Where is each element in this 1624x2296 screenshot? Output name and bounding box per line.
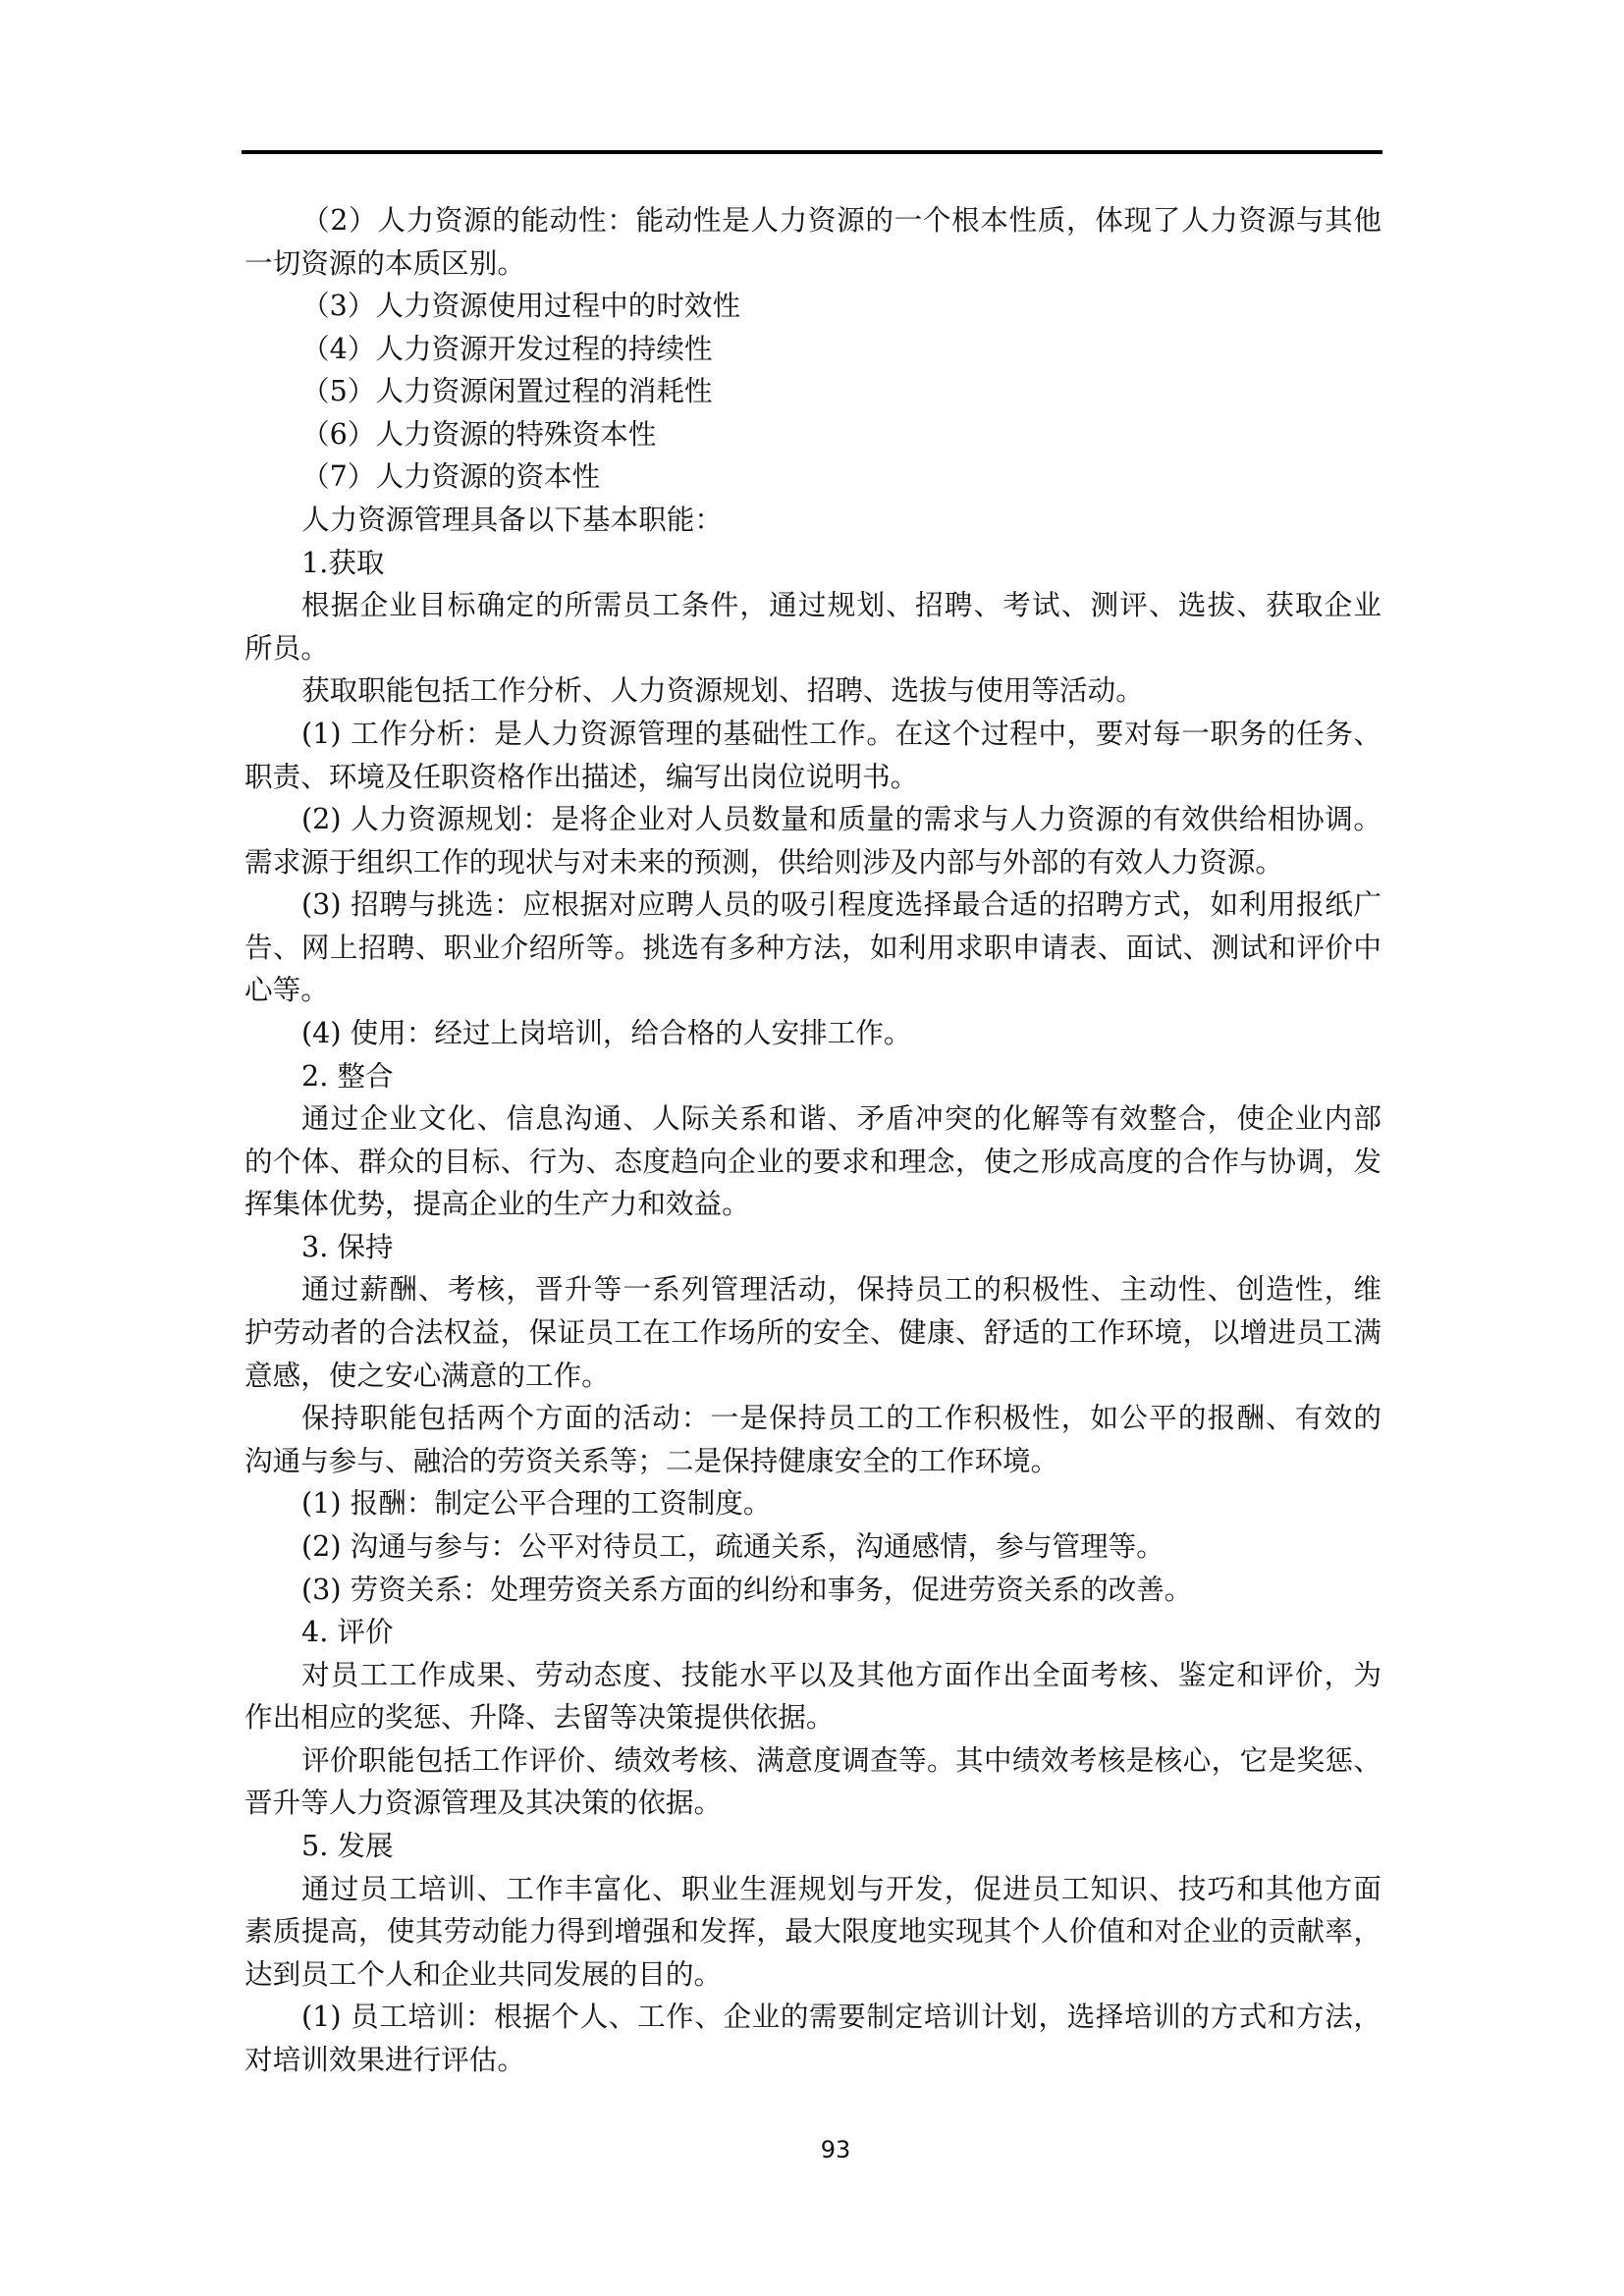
document-page: （2）人力资源的能动性：能动性是人力资源的一个根本性质，体现了人力资源与其他 一… bbox=[0, 0, 1624, 2296]
paragraph-line: 保持职能包括两个方面的活动：一是保持员工的工作积极性，如公平的报酬、有效的 bbox=[244, 1397, 1381, 1440]
paragraph-line: 评价职能包括工作评价、绩效考核、满意度调查等。其中绩效考核是核心，它是奖惩、 bbox=[244, 1739, 1381, 1783]
paragraph-line: 所员。 bbox=[244, 627, 1381, 670]
body-text: （2）人力资源的能动性：能动性是人力资源的一个根本性质，体现了人力资源与其他 一… bbox=[244, 199, 1381, 2081]
paragraph-line: 根据企业目标确定的所需员工条件，通过规划、招聘、考试、测评、选拔、获取企业 bbox=[244, 584, 1381, 627]
paragraph-line: 挥集体优势，提高企业的生产力和效益。 bbox=[244, 1183, 1381, 1226]
list-item: （6）人力资源的特殊资本性 bbox=[244, 413, 1381, 456]
list-item: (2) 沟通与参与：公平对待员工，疏通关系，沟通感情，参与管理等。 bbox=[244, 1525, 1381, 1569]
paragraph-line: 对员工工作成果、劳动态度、技能水平以及其他方面作出全面考核、鉴定和评价，为 bbox=[244, 1654, 1381, 1697]
paragraph-line: 需求源于组织工作的现状与对未来的预测，供给则涉及内部与外部的有效人力资源。 bbox=[244, 841, 1381, 884]
section-heading-acquire: 1.获取 bbox=[244, 542, 1381, 585]
paragraph-line: 一切资源的本质区别。 bbox=[244, 242, 1381, 286]
paragraph-line: 沟通与参与、融洽的劳资关系等；二是保持健康安全的工作环境。 bbox=[244, 1440, 1381, 1483]
section-heading-develop: 5. 发展 bbox=[244, 1825, 1381, 1868]
paragraph-line: (4) 使用：经过上岗培训，给合格的人安排工作。 bbox=[244, 1012, 1381, 1055]
paragraph-line: 护劳动者的合法权益，保证员工在工作场所的安全、健康、舒适的工作环境，以增进员工满 bbox=[244, 1311, 1381, 1355]
paragraph-line: 的个体、群众的目标、行为、态度趋向企业的要求和理念，使之形成高度的合作与协调，发 bbox=[244, 1141, 1381, 1184]
list-item: (1) 报酬：制定公平合理的工资制度。 bbox=[244, 1482, 1381, 1525]
paragraph-line: 意感，使之安心满意的工作。 bbox=[244, 1355, 1381, 1398]
paragraph-line: 晋升等人力资源管理及其决策的依据。 bbox=[244, 1782, 1381, 1825]
section-heading-integrate: 2. 整合 bbox=[244, 1055, 1381, 1098]
paragraph-line: 对培训效果进行评估。 bbox=[244, 2039, 1381, 2082]
section-heading-evaluate: 4. 评价 bbox=[244, 1611, 1381, 1654]
list-item: （5）人力资源闲置过程的消耗性 bbox=[244, 370, 1381, 413]
header-rule bbox=[242, 150, 1382, 154]
paragraph-line: 通过员工培训、工作丰富化、职业生涯规划与开发，促进员工知识、技巧和其他方面 bbox=[244, 1868, 1381, 1911]
paragraph-line: 素质提高，使其劳动能力得到增强和发挥，最大限度地实现其个人价值和对企业的贡献率， bbox=[244, 1910, 1381, 1953]
paragraph-line: 心等。 bbox=[244, 969, 1381, 1012]
paragraph-line: 达到员工个人和企业共同发展的目的。 bbox=[244, 1953, 1381, 1997]
list-item: （7）人力资源的资本性 bbox=[244, 455, 1381, 499]
paragraph-line: 通过企业文化、信息沟通、人际关系和谐、矛盾冲突的化解等有效整合，使企业内部 bbox=[244, 1097, 1381, 1141]
page-number: 93 bbox=[0, 2136, 1624, 2163]
list-item: (3) 劳资关系：处理劳资关系方面的纠纷和事务，促进劳资关系的改善。 bbox=[244, 1569, 1381, 1612]
paragraph-line: 通过薪酬、考核，晋升等一系列管理活动，保持员工的积极性、主动性、创造性，维 bbox=[244, 1268, 1381, 1311]
paragraph-line: （2）人力资源的能动性：能动性是人力资源的一个根本性质，体现了人力资源与其他 bbox=[244, 199, 1381, 242]
paragraph-line: 作出相应的奖惩、升降、去留等决策提供依据。 bbox=[244, 1696, 1381, 1739]
paragraph-line: (2) 人力资源规划：是将企业对人员数量和质量的需求与人力资源的有效供给相协调。 bbox=[244, 798, 1381, 841]
paragraph-line: 获取职能包括工作分析、人力资源规划、招聘、选拔与使用等活动。 bbox=[244, 669, 1381, 713]
paragraph-line: 职责、环境及任职资格作出描述，编写出岗位说明书。 bbox=[244, 756, 1381, 799]
paragraph-line: (1) 员工培训：根据个人、工作、企业的需要制定培训计划，选择培训的方式和方法， bbox=[244, 1996, 1381, 2039]
list-item: （3）人力资源使用过程中的时效性 bbox=[244, 285, 1381, 328]
list-item: （4）人力资源开发过程的持续性 bbox=[244, 328, 1381, 371]
paragraph-line: 告、网上招聘、职业介绍所等。挑选有多种方法，如利用求职申请表、面试、测试和评价中 bbox=[244, 927, 1381, 970]
paragraph-line: (1) 工作分析：是人力资源管理的基础性工作。在这个过程中，要对每一职务的任务、 bbox=[244, 713, 1381, 756]
intro-sentence: 人力资源管理具备以下基本职能： bbox=[244, 499, 1381, 542]
section-heading-maintain: 3. 保持 bbox=[244, 1226, 1381, 1269]
paragraph-line: (3) 招聘与挑选：应根据对应聘人员的吸引程度选择最合适的招聘方式，如利用报纸广 bbox=[244, 883, 1381, 927]
